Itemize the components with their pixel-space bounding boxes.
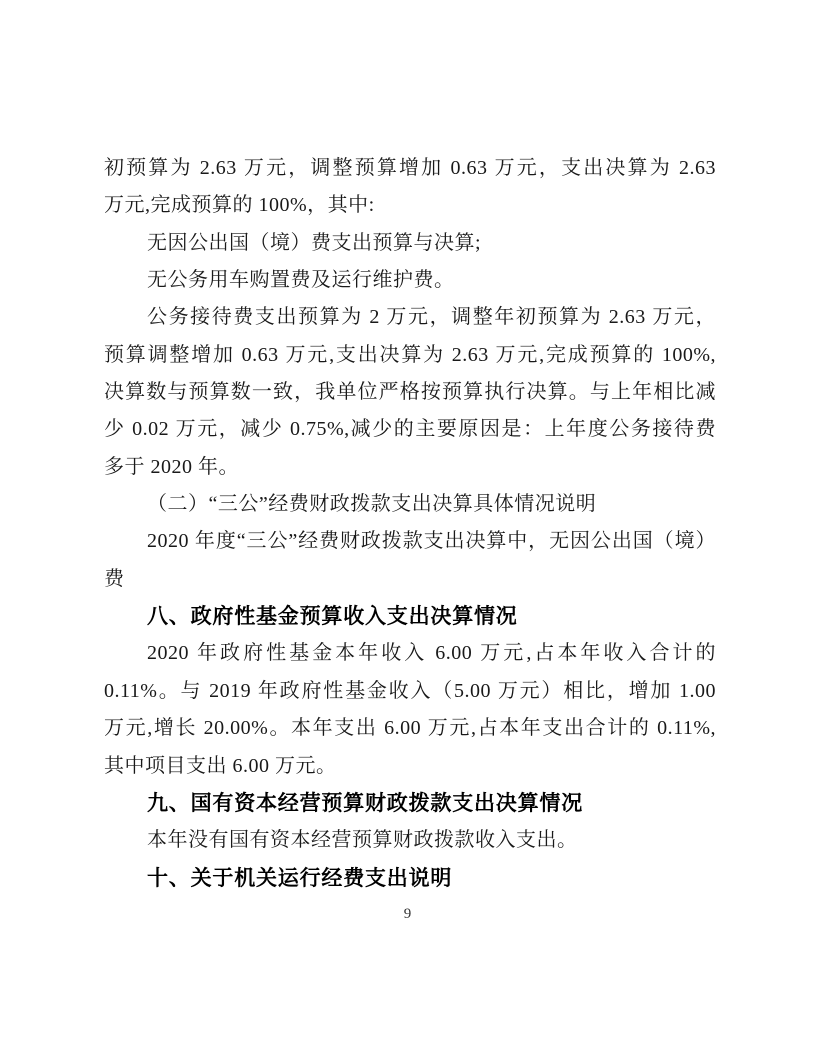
- page-number: 9: [0, 906, 815, 923]
- text-line: 少 0.02 万元，减少 0.75%,减少的主要原因是：上年度公务接待费: [104, 411, 716, 448]
- heading-section-9: 九、国有资本经营预算财政拨款支出决算情况: [104, 785, 716, 822]
- document-page: 初预算为 2.63 万元，调整预算增加 0.63 万元，支出决算为 2.63 万…: [0, 0, 815, 1055]
- text-line: 无公务用车购置费及运行维护费。: [104, 262, 716, 299]
- heading-section-10: 十、关于机关运行经费支出说明: [104, 860, 716, 897]
- text-line: 2020 年政府性基金本年收入 6.00 万元,占本年收入合计的: [104, 635, 716, 672]
- subsection-heading: （二）“三公”经费财政拨款支出决算具体情况说明: [104, 486, 716, 523]
- text-line: 无因公出国（境）费支出预算与决算;: [104, 225, 716, 262]
- heading-section-8: 八、政府性基金预算收入支出决算情况: [104, 598, 716, 635]
- text-line: 费: [104, 561, 716, 598]
- text-line: 万元,完成预算的 100%，其中:: [104, 187, 716, 224]
- text-line: 多于 2020 年。: [104, 449, 716, 486]
- text-line: 2020 年度“三公”经费财政拨款支出决算中，无因公出国（境）: [104, 523, 716, 560]
- text-line: 初预算为 2.63 万元，调整预算增加 0.63 万元，支出决算为 2.63: [104, 150, 716, 187]
- document-body: 初预算为 2.63 万元，调整预算增加 0.63 万元，支出决算为 2.63 万…: [104, 150, 716, 897]
- text-line: 决算数与预算数一致，我单位严格按预算执行决算。与上年相比减: [104, 374, 716, 411]
- text-line: 本年没有国有资本经营预算财政拨款收入支出。: [104, 822, 716, 859]
- text-line: 0.11%。与 2019 年政府性基金收入（5.00 万元）相比，增加 1.00: [104, 673, 716, 710]
- text-line: 万元,增长 20.00%。本年支出 6.00 万元,占本年支出合计的 0.11%…: [104, 710, 716, 747]
- text-line: 公务接待费支出预算为 2 万元，调整年初预算为 2.63 万元，: [104, 299, 716, 336]
- text-line: 其中项目支出 6.00 万元。: [104, 748, 716, 785]
- text-line: 预算调整增加 0.63 万元,支出决算为 2.63 万元,完成预算的 100%,: [104, 337, 716, 374]
